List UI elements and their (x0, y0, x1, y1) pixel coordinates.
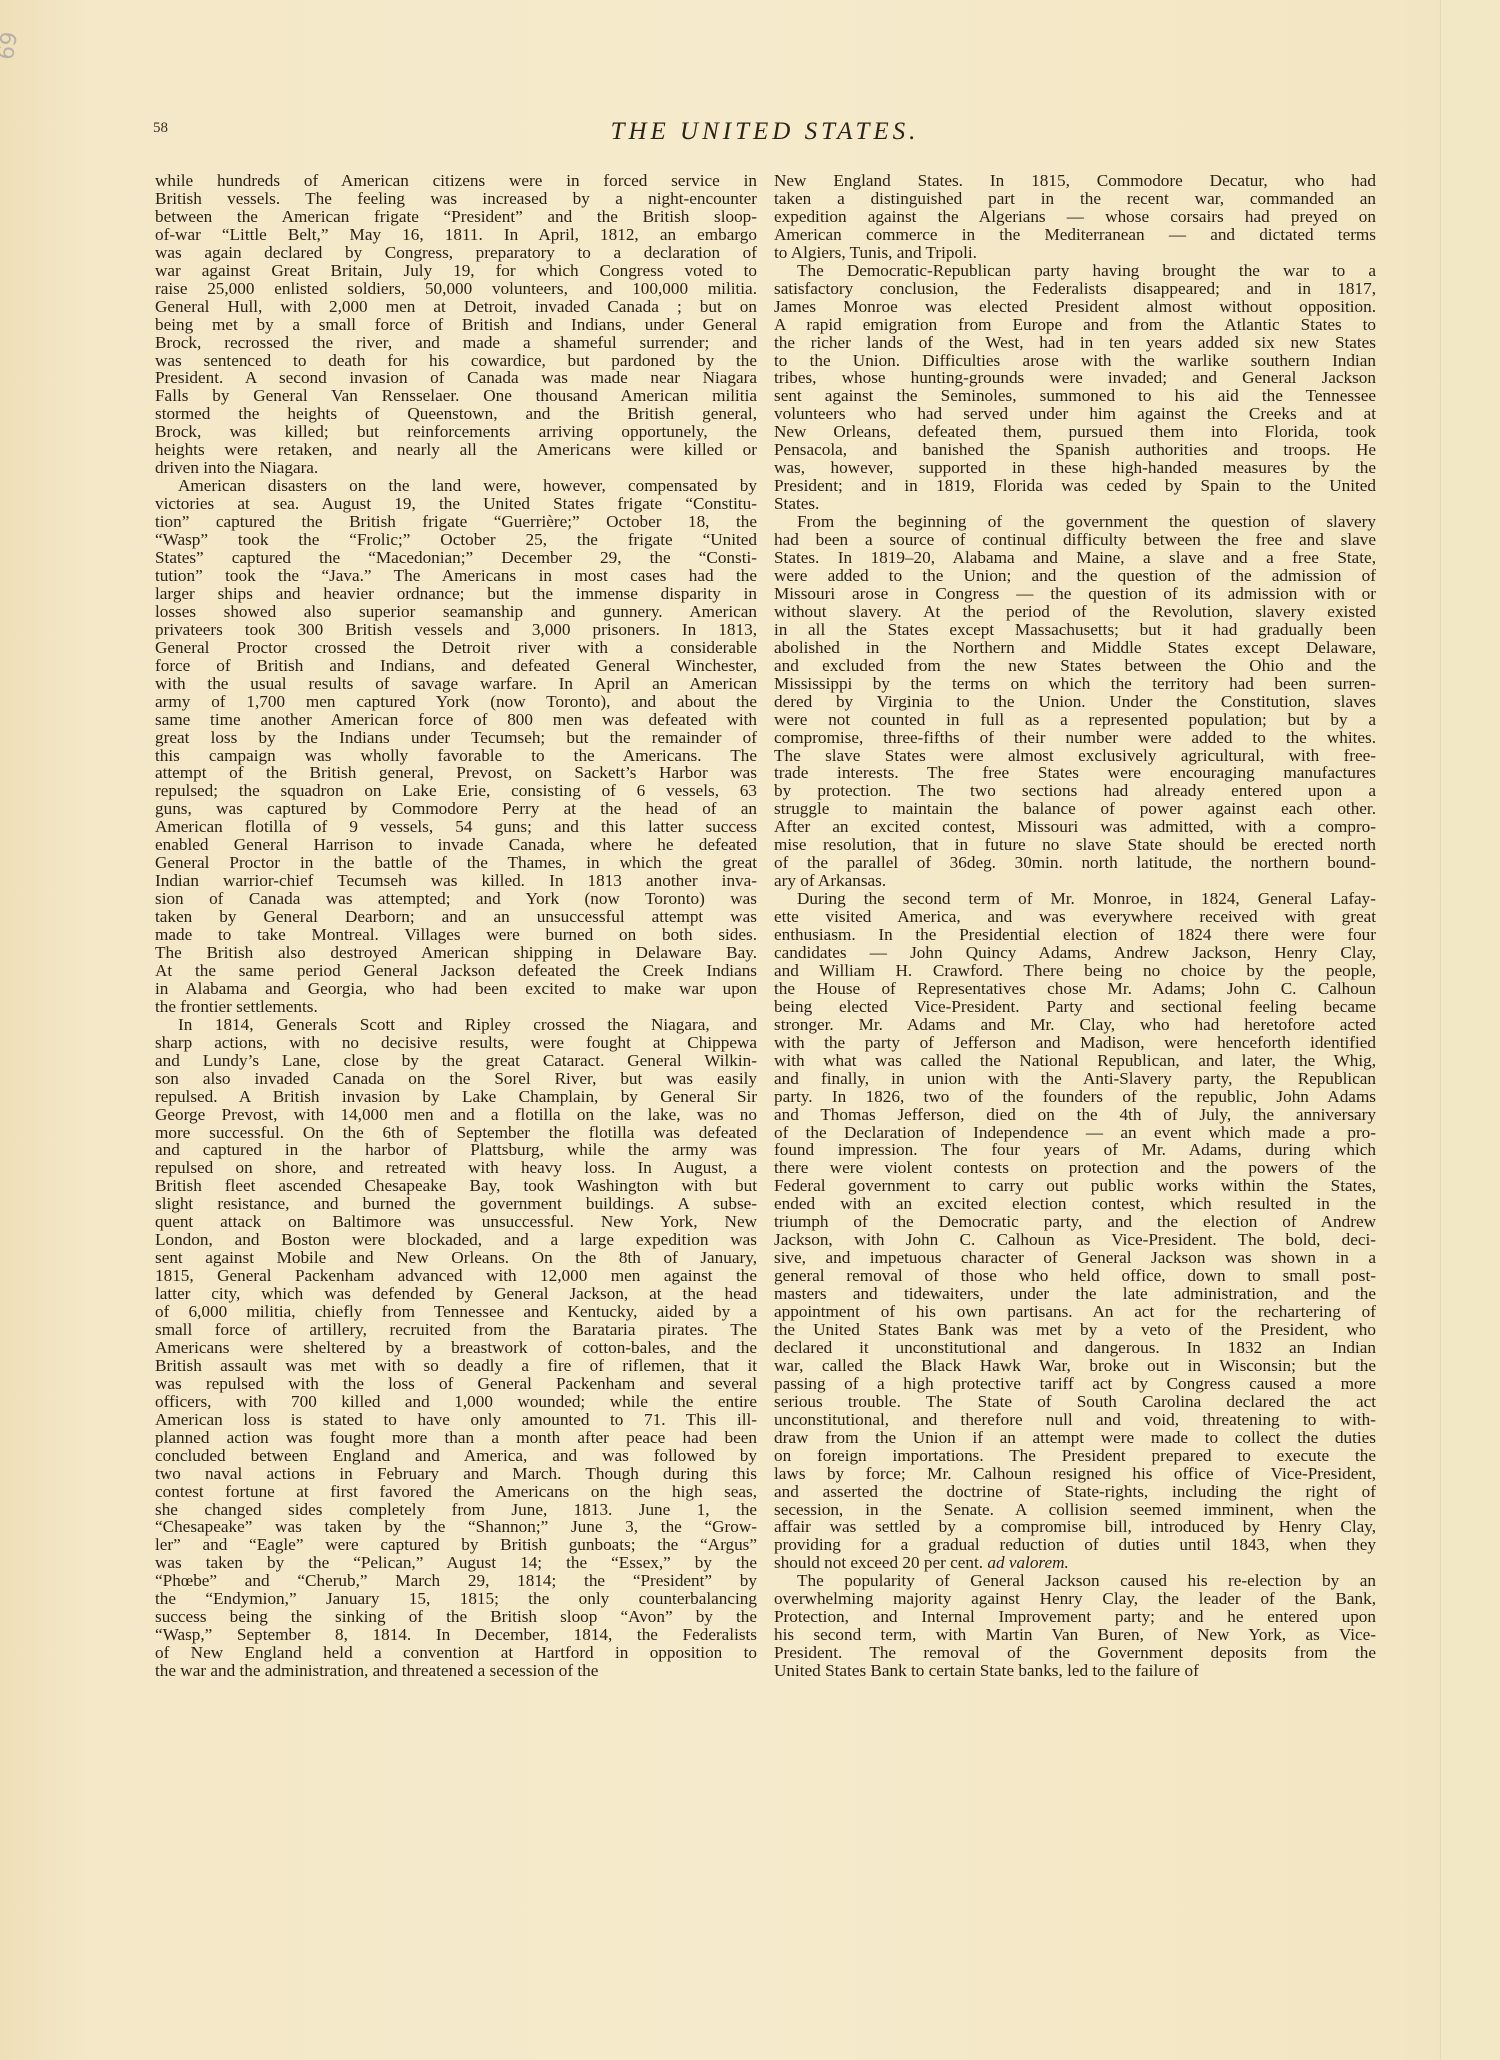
text-line: war against Great Britain, July 19, for … (155, 262, 757, 280)
text-line: The British also destroyed American ship… (155, 944, 757, 962)
text-line: success being the sinking of the British… (155, 1608, 757, 1626)
text-line: of-war “Little Belt,” May 16, 1811. In A… (155, 226, 757, 244)
text-line: on foreign importations. The President p… (774, 1447, 1376, 1465)
text-line: ler” and “Eagle” were captured by Britis… (155, 1536, 757, 1554)
text-line: without slavery. At the period of the Re… (774, 603, 1376, 621)
paragraph: American disasters on the land were, how… (155, 477, 757, 1016)
text-line: stronger. Mr. Adams and Mr. Clay, who ha… (774, 1016, 1376, 1034)
text-line: After an excited contest, Missouri was a… (774, 818, 1376, 836)
text-line: New Orleans, defeated them, pursued them… (774, 423, 1376, 441)
running-head: THE UNITED STATES. (0, 118, 1500, 146)
text-line: this campaign was wholly favorable to th… (155, 747, 757, 765)
text-line: with the party of Jefferson and Madison,… (774, 1034, 1376, 1052)
text-line: draw from the Union if an attempt were m… (774, 1429, 1376, 1447)
text-line: were added to the Union; and the questio… (774, 567, 1376, 585)
text-line: American disasters on the land were, how… (155, 477, 757, 495)
text-line: laws by force; Mr. Calhoun resigned his … (774, 1465, 1376, 1483)
text-line: by protection. The two sections had alre… (774, 782, 1376, 800)
text-line: British assault was met with so deadly a… (155, 1357, 757, 1375)
text-line: sent against the Seminoles, summoned to … (774, 387, 1376, 405)
page-edge (1440, 0, 1500, 2060)
text-line: taken by General Dearborn; and an unsucc… (155, 908, 757, 926)
text-line: enabled General Harrison to invade Canad… (155, 836, 757, 854)
text-line: Federal government to carry out public w… (774, 1177, 1376, 1195)
text-line: General Hull, with 2,000 men at Detroit,… (155, 298, 757, 316)
text-line: sive, and impetuous character of General… (774, 1249, 1376, 1267)
text-line: tion” captured the British frigate “Guer… (155, 513, 757, 531)
text-line: privateers took 300 British vessels and … (155, 621, 757, 639)
paragraph: The Democratic-Republican party having b… (774, 262, 1376, 513)
text-line: James Monroe was elected President almos… (774, 298, 1376, 316)
text-line: Missouri arose in Congress — the questio… (774, 585, 1376, 603)
text-line: enthusiasm. In the Presidential election… (774, 926, 1376, 944)
text-line: abolished in the Northern and Middle Sta… (774, 639, 1376, 657)
text-line: between the American frigate “President”… (155, 208, 757, 226)
text-line: President. A second invasion of Canada w… (155, 369, 757, 387)
text-line: masters and tidewaiters, under the late … (774, 1285, 1376, 1303)
text-line: driven into the Niagara. (155, 459, 757, 477)
text-line: and Thomas Jefferson, died on the 4th of… (774, 1106, 1376, 1124)
text-line: army of 1,700 men captured York (now Tor… (155, 693, 757, 711)
text-line: ette visited America, and was everywhere… (774, 908, 1376, 926)
text-line: should not exceed 20 per cent. ad valore… (774, 1554, 1376, 1572)
text-line: American loss is stated to have only amo… (155, 1411, 757, 1429)
paragraph: while hundreds of American citizens were… (155, 172, 757, 477)
text-line: general removal of those who held office… (774, 1267, 1376, 1285)
text-line: while hundreds of American citizens were… (155, 172, 757, 190)
text-line: “Wasp” took the “Frolic;” October 25, th… (155, 531, 757, 549)
text-line: made to take Montreal. Villages were bur… (155, 926, 757, 944)
book-page: 69 58 THE UNITED STATES. while hundreds … (0, 0, 1500, 2060)
text-line: Mississippi by the terms on which the te… (774, 675, 1376, 693)
text-line: the United States Bank was met by a veto… (774, 1321, 1376, 1339)
text-line: dered by Virginia to the Union. Under th… (774, 693, 1376, 711)
text-line: raise 25,000 enlisted soldiers, 50,000 v… (155, 280, 757, 298)
text-line: to the Union. Difficulties arose with th… (774, 352, 1376, 370)
text-line: war, called the Black Hawk War, broke ou… (774, 1357, 1376, 1375)
pencil-margin-mark: 69 (0, 28, 48, 66)
paragraph: The popularity of General Jackson caused… (774, 1572, 1376, 1680)
text-line: attempt of the British general, Prevost,… (155, 764, 757, 782)
text-line: “Phœbe” and “Cherub,” March 29, 1814; th… (155, 1572, 757, 1590)
text-line: At the same period General Jackson defea… (155, 962, 757, 980)
text-line: providing for a gradual reduction of dut… (774, 1536, 1376, 1554)
text-line: were not counted in full as a represente… (774, 711, 1376, 729)
text-line: and excluded from the new States between… (774, 657, 1376, 675)
text-line: the House of Representatives chose Mr. A… (774, 980, 1376, 998)
text-line: unconstitutional, and therefore null and… (774, 1411, 1376, 1429)
text-line: Jackson, with John C. Calhoun as Vice-Pr… (774, 1231, 1376, 1249)
text-line: New England States. In 1815, Commodore D… (774, 172, 1376, 190)
text-line: The Democratic-Republican party having b… (774, 262, 1376, 280)
text-line: secession, in the Senate. A collision se… (774, 1501, 1376, 1519)
text-line: mise resolution, that in future no slave… (774, 836, 1376, 854)
text-line: From the beginning of the government the… (774, 513, 1376, 531)
text-line: volunteers who had served under him agai… (774, 405, 1376, 423)
text-line: and asserted the doctrine of State-right… (774, 1483, 1376, 1501)
text-line: the war and the administration, and thre… (155, 1662, 757, 1680)
text-line: George Prevost, with 14,000 men and a fl… (155, 1106, 757, 1124)
text-line: taken a distinguished part in the recent… (774, 190, 1376, 208)
text-line: to Algiers, Tunis, and Tripoli. (774, 244, 1376, 262)
text-line: and William H. Crawford. There being no … (774, 962, 1376, 980)
text-line: ary of Arkansas. (774, 872, 1376, 890)
text-line: two naval actions in February and March.… (155, 1465, 757, 1483)
text-line: tution” took the “Java.” The Americans i… (155, 567, 757, 585)
text-line: son also invaded Canada on the Sorel Riv… (155, 1070, 757, 1088)
text-line: During the second term of Mr. Monroe, in… (774, 890, 1376, 908)
text-line: was, however, supported in these high-ha… (774, 459, 1376, 477)
text-line: Falls by General Van Rensselaer. One tho… (155, 387, 757, 405)
text-line: found impression. The four years of Mr. … (774, 1141, 1376, 1159)
text-line: and Lundy’s Lane, close by the great Cat… (155, 1052, 757, 1070)
text-line: of the parallel of 36deg. 30min. north l… (774, 854, 1376, 872)
text-line: Indian warrior-chief Tecumseh was killed… (155, 872, 757, 890)
text-line: guns, was captured by Commodore Perry at… (155, 800, 757, 818)
text-line: repulsed; the squadron on Lake Erie, con… (155, 782, 757, 800)
text-line: was sentenced to death for his cowardice… (155, 352, 757, 370)
text-line: The slave States were almost exclusively… (774, 747, 1376, 765)
text-line: his second term, with Martin Van Buren, … (774, 1626, 1376, 1644)
text-line: The popularity of General Jackson caused… (774, 1572, 1376, 1590)
text-line: affair was settled by a compromise bill,… (774, 1518, 1376, 1536)
text-line: heights were retaken, and nearly all the… (155, 441, 757, 459)
text-line: overwhelming majority against Henry Clay… (774, 1590, 1376, 1608)
text-line: serious trouble. The State of South Caro… (774, 1393, 1376, 1411)
text-line: appointment of his own partisans. An act… (774, 1303, 1376, 1321)
paragraph: During the second term of Mr. Monroe, in… (774, 890, 1376, 1572)
text-line: in all the States except Massachusetts; … (774, 621, 1376, 639)
text-line: slight resistance, and burned the govern… (155, 1195, 757, 1213)
text-line: party. In 1826, two of the founders of t… (774, 1088, 1376, 1106)
text-line: in Alabama and Georgia, who had been exc… (155, 980, 757, 998)
text-line: American flotilla of 9 vessels, 54 guns;… (155, 818, 757, 836)
text-line: had been a source of continual difficult… (774, 531, 1376, 549)
text-line: repulsed on shore, and retreated with he… (155, 1159, 757, 1177)
text-line: and finally, in union with the Anti-Slav… (774, 1070, 1376, 1088)
text-line: States” captured the “Macedonian;” Decem… (155, 549, 757, 567)
text-line: trade interests. The free States were en… (774, 764, 1376, 782)
text-line: of the Declaration of Independence — an … (774, 1124, 1376, 1142)
text-line: of 6,000 militia, chiefly from Tennessee… (155, 1303, 757, 1321)
text-line: Brock, recrossed the river, and made a s… (155, 334, 757, 352)
text-line: victories at sea. August 19, the United … (155, 495, 757, 513)
text-line: was repulsed with the loss of General Pa… (155, 1375, 757, 1393)
text-line: with what was called the National Republ… (774, 1052, 1376, 1070)
text-line: repulsed. A British invasion by Lake Cha… (155, 1088, 757, 1106)
text-line: A rapid emigration from Europe and from … (774, 316, 1376, 334)
text-line: Brock, was killed; but reinforcements ar… (155, 423, 757, 441)
text-line: contest fortune at first favored the Ame… (155, 1483, 757, 1501)
text-line: stormed the heights of Queenstown, and t… (155, 405, 757, 423)
text-line: quent attack on Baltimore was unsuccessf… (155, 1213, 757, 1231)
text-line: the “Endymion,” January 15, 1815; the on… (155, 1590, 757, 1608)
text-line: planned action was fought more than a mo… (155, 1429, 757, 1447)
text-line: Pensacola, and banished the Spanish auth… (774, 441, 1376, 459)
text-line: same time another American force of 800 … (155, 711, 757, 729)
text-line: General Proctor crossed the Detroit rive… (155, 639, 757, 657)
text-line: Americans were sheltered by a breastwork… (155, 1339, 757, 1357)
text-line: “Chesapeake” was taken by the “Shannon;”… (155, 1518, 757, 1536)
text-line: American commerce in the Mediterranean —… (774, 226, 1376, 244)
text-line: candidates — John Quincy Adams, Andrew J… (774, 944, 1376, 962)
text-line: triumph of the Democratic party, and the… (774, 1213, 1376, 1231)
text-line: larger ships and heavier ordnance; but t… (155, 585, 757, 603)
text-line: declared it unconstitutional and dangero… (774, 1339, 1376, 1357)
text-line: In 1814, Generals Scott and Ripley cross… (155, 1016, 757, 1034)
text-line: of New England held a convention at Hart… (155, 1644, 757, 1662)
text-line: more successful. On the 6th of September… (155, 1124, 757, 1142)
text-line: she changed sides completely from June, … (155, 1501, 757, 1519)
text-line: British fleet ascended Chesapeake Bay, t… (155, 1177, 757, 1195)
left-column: while hundreds of American citizens were… (155, 172, 757, 1680)
text-line: London, and Boston were blockaded, and a… (155, 1231, 757, 1249)
text-line: sion of Canada was attempted; and York (… (155, 890, 757, 908)
text-line: General Proctor in the battle of the Tha… (155, 854, 757, 872)
paragraph: In 1814, Generals Scott and Ripley cross… (155, 1016, 757, 1680)
text-line: the frontier settlements. (155, 998, 757, 1016)
text-line: British vessels. The feeling was increas… (155, 190, 757, 208)
text-line: being elected Vice-President. Party and … (774, 998, 1376, 1016)
text-line: small force of artillery, recruited from… (155, 1321, 757, 1339)
text-line: Protection, and Internal Improvement par… (774, 1608, 1376, 1626)
text-line: being met by a small force of British an… (155, 316, 757, 334)
text-line: sent against Mobile and New Orleans. On … (155, 1249, 757, 1267)
text-line: struggle to maintain the balance of powe… (774, 800, 1376, 818)
text-line: latter city, which was defended by Gener… (155, 1285, 757, 1303)
right-column: New England States. In 1815, Commodore D… (774, 172, 1376, 1680)
text-line: sharp actions, with no decisive results,… (155, 1034, 757, 1052)
text-line: and captured in the harbor of Plattsburg… (155, 1141, 757, 1159)
text-line: was taken by the “Pelican,” August 14; t… (155, 1554, 757, 1572)
text-line: compromise, three-fifths of their number… (774, 729, 1376, 747)
text-line: 1815, General Packenham advanced with 12… (155, 1267, 757, 1285)
paragraph: From the beginning of the government the… (774, 513, 1376, 890)
text-line: expedition against the Algerians — whose… (774, 208, 1376, 226)
text-line: concluded between England and America, a… (155, 1447, 757, 1465)
text-line: President. The removal of the Government… (774, 1644, 1376, 1662)
text-line: “Wasp,” September 8, 1814. In December, … (155, 1626, 757, 1644)
text-line: force of British and Indians, and defeat… (155, 657, 757, 675)
text-line: satisfactory conclusion, the Federalists… (774, 280, 1376, 298)
text-line: tribes, whose hunting-grounds were invad… (774, 369, 1376, 387)
text-line: President; and in 1819, Florida was cede… (774, 477, 1376, 495)
text-line: States. (774, 495, 1376, 513)
paragraph: New England States. In 1815, Commodore D… (774, 172, 1376, 262)
text-line: great loss by the Indians under Tecumseh… (155, 729, 757, 747)
text-line: with the usual results of savage warfare… (155, 675, 757, 693)
text-line: the richer lands of the West, had in ten… (774, 334, 1376, 352)
text-line: officers, with 700 killed and 1,000 woun… (155, 1393, 757, 1411)
text-line: there were violent contests on protectio… (774, 1159, 1376, 1177)
text-line: losses showed also superior seamanship a… (155, 603, 757, 621)
text-line: was again declared by Congress, preparat… (155, 244, 757, 262)
text-line: ended with an excited election contest, … (774, 1195, 1376, 1213)
text-line: States. In 1819–20, Alabama and Maine, a… (774, 549, 1376, 567)
text-line: United States Bank to certain State bank… (774, 1662, 1376, 1680)
text-line: passing of a high protective tariff act … (774, 1375, 1376, 1393)
